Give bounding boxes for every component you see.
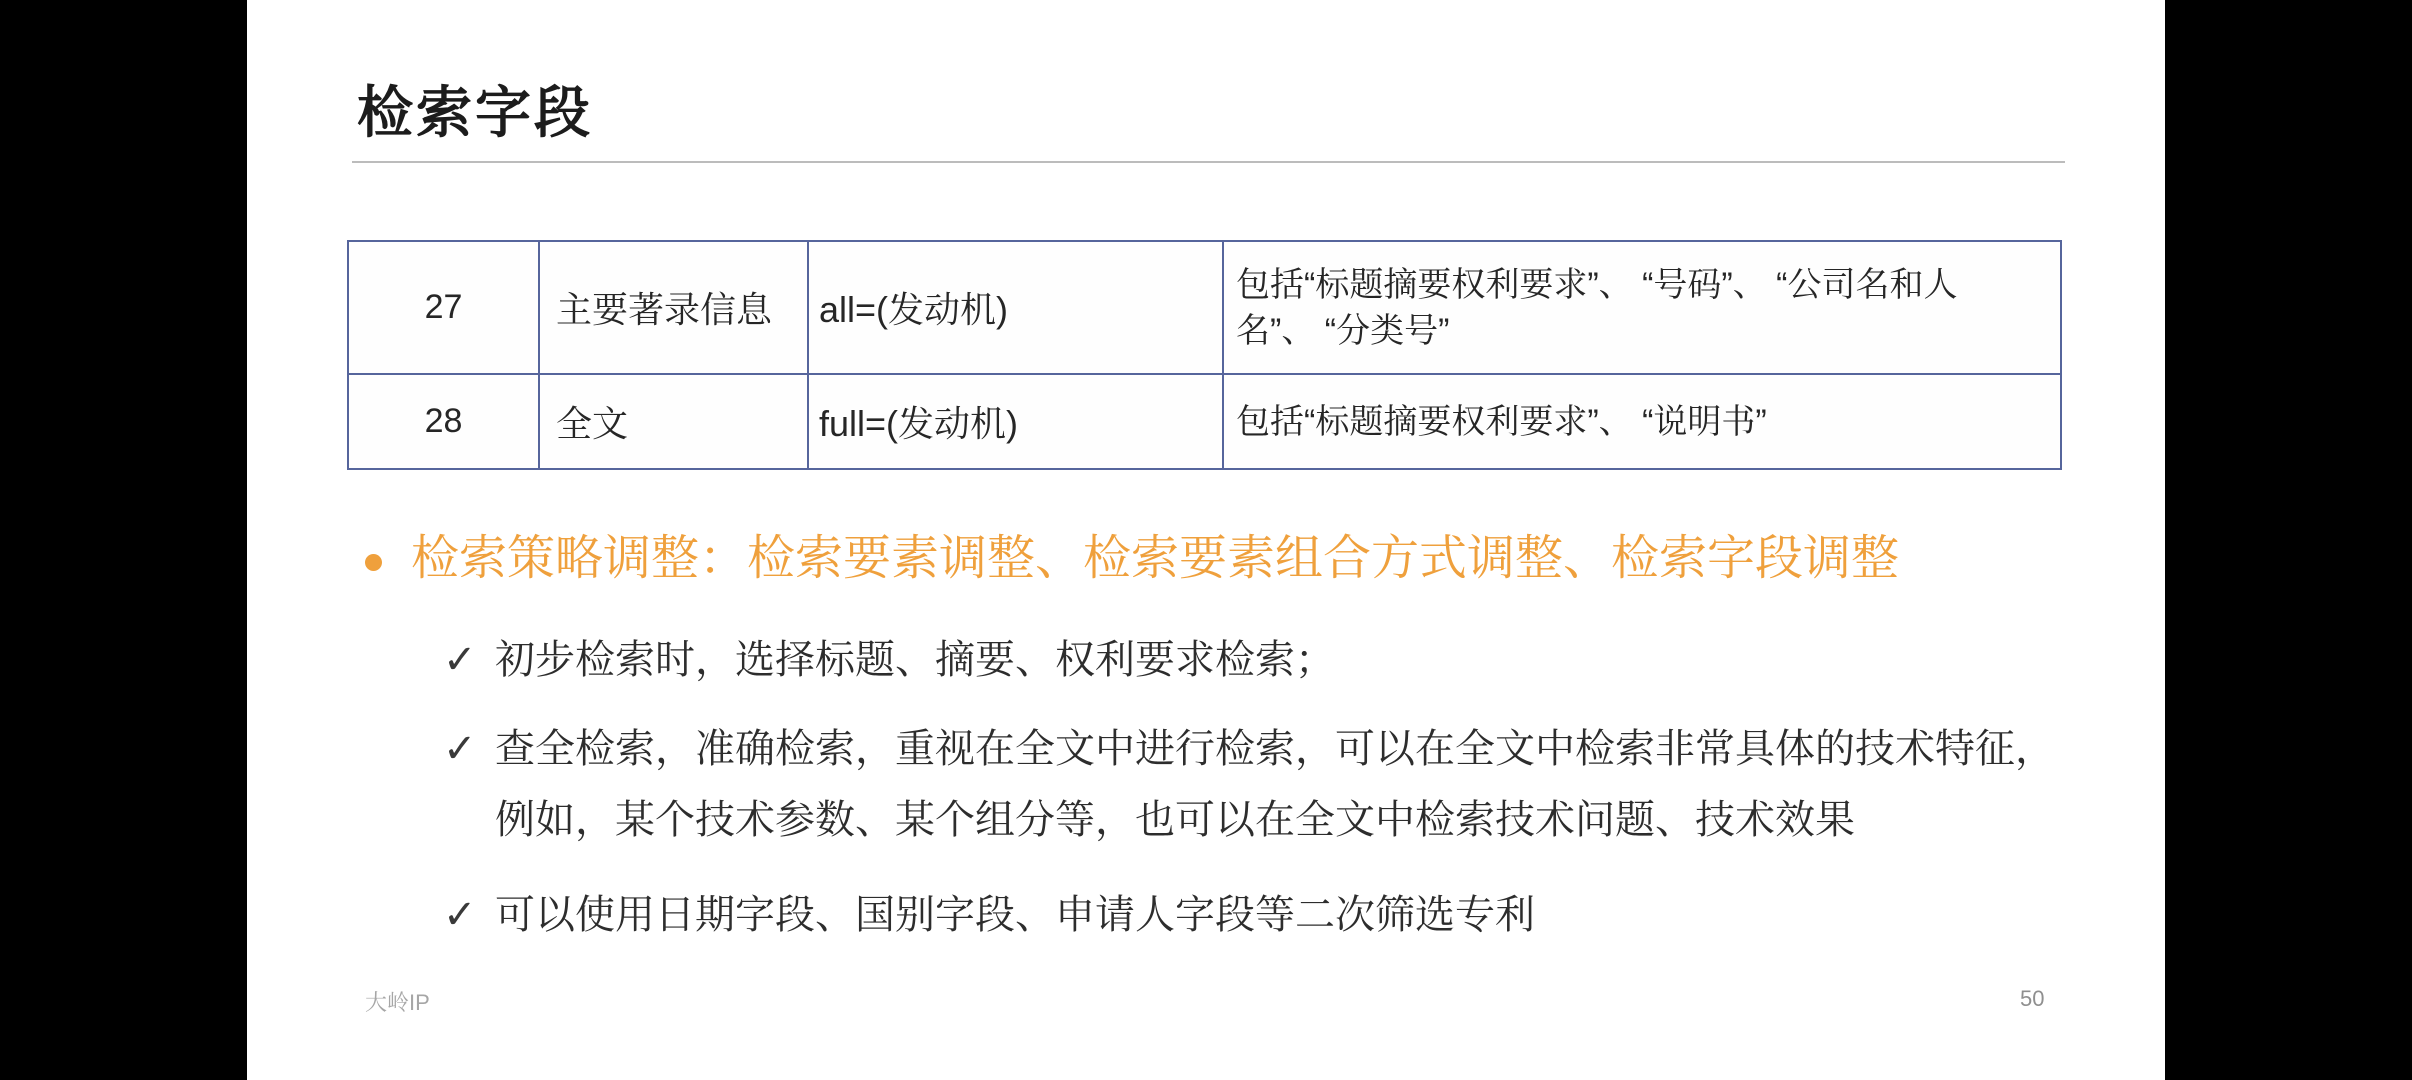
page-number: 50 [2020, 986, 2044, 1012]
check-item-text: 初步检索时，选择标题、摘要、权利要求检索； [495, 625, 2085, 696]
check-list-item: ✓ 初步检索时，选择标题、摘要、权利要求检索； [443, 625, 2093, 696]
checkmark-icon: ✓ [443, 714, 477, 785]
query-expr-cell: full=(发动机) [808, 374, 1223, 469]
row-number-cell: 27 [348, 241, 539, 374]
bullet-dot-icon [365, 554, 382, 571]
field-name-cell: 全文 [539, 374, 808, 469]
query-expr-cell: all=(发动机) [808, 241, 1223, 374]
footer-brand: 大岭IP [365, 986, 430, 1017]
check-item-text: 可以使用日期字段、国别字段、申请人字段等二次筛选专利 [495, 880, 2085, 951]
video-frame: 检索字段 27 主要著录信息 all=(发动机) 包括“标题摘要权利要求”、 “… [0, 0, 2412, 1080]
table-row: 28 全文 full=(发动机) 包括“标题摘要权利要求”、 “说明书” [348, 374, 2061, 469]
letterbox-left [0, 0, 247, 1080]
letterbox-right [2165, 0, 2412, 1080]
description-cell: 包括“标题摘要权利要求”、 “说明书” [1223, 374, 2061, 469]
search-fields-table: 27 主要著录信息 all=(发动机) 包括“标题摘要权利要求”、 “号码”、 … [347, 240, 2062, 470]
slide-title: 检索字段 [357, 82, 593, 144]
check-list-item: ✓ 可以使用日期字段、国别字段、申请人字段等二次筛选专利 [443, 880, 2093, 951]
check-item-text: 查全检索，准确检索，重视在全文中进行检索，可以在全文中检索非常具体的技术特征，例… [495, 714, 2085, 856]
title-underline [352, 161, 2065, 163]
description-cell: 包括“标题摘要权利要求”、 “号码”、 “公司名和人名”、 “分类号” [1223, 241, 2061, 374]
check-list-item: ✓ 查全检索，准确检索，重视在全文中进行检索，可以在全文中检索非常具体的技术特征… [443, 714, 2093, 856]
checkmark-icon: ✓ [443, 880, 477, 951]
checkmark-icon: ✓ [443, 625, 477, 696]
strategy-bullet-text: 检索策略调整：检索要素调整、检索要素组合方式调整、检索字段调整 [411, 530, 2151, 588]
field-name-cell: 主要著录信息 [539, 241, 808, 374]
row-number-cell: 28 [348, 374, 539, 469]
table-row: 27 主要著录信息 all=(发动机) 包括“标题摘要权利要求”、 “号码”、 … [348, 241, 2061, 374]
presentation-slide: 检索字段 27 主要著录信息 all=(发动机) 包括“标题摘要权利要求”、 “… [247, 0, 2165, 1080]
